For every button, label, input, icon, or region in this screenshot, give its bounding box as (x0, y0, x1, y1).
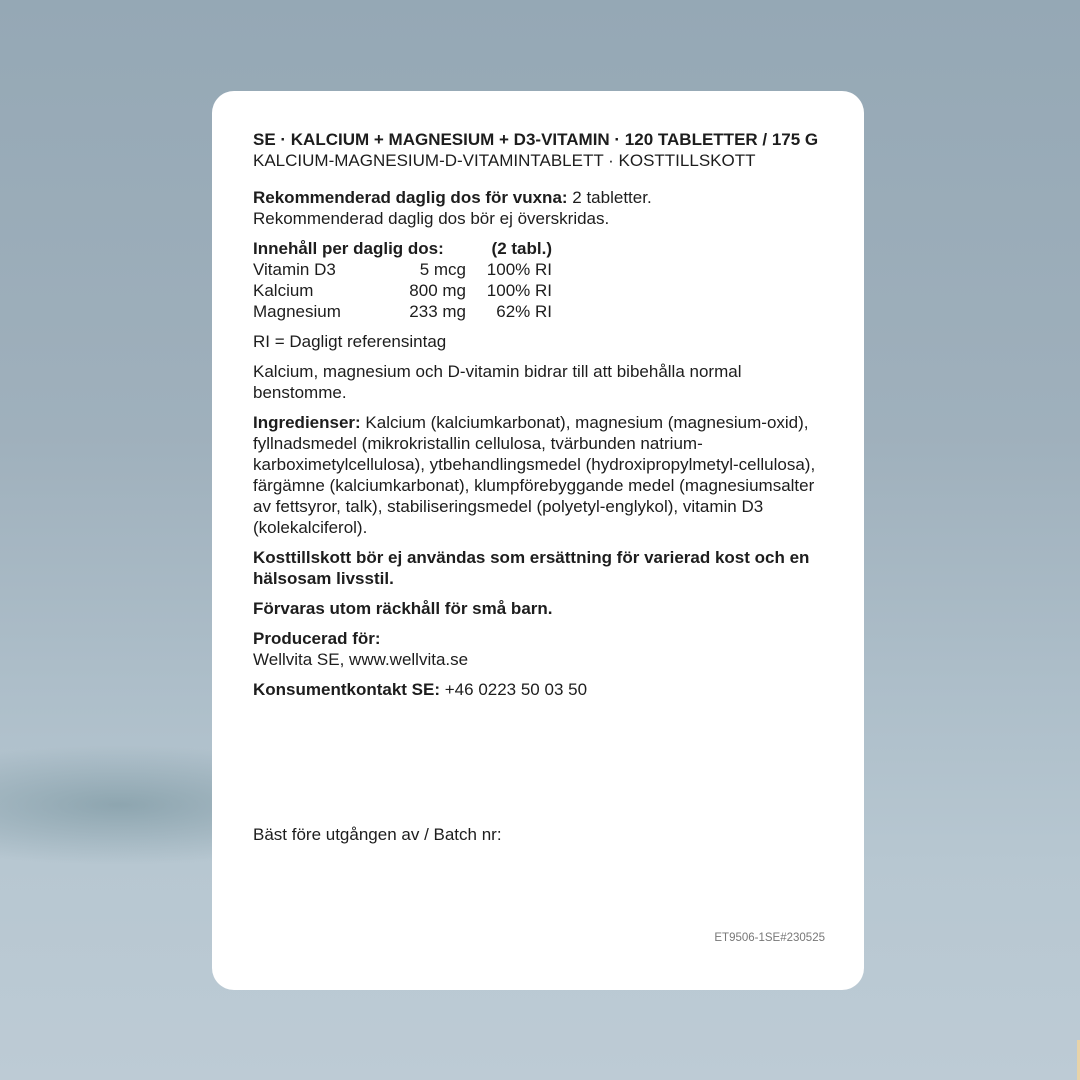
product-subtitle: KALCIUM-MAGNESIUM-D-VITAMINTABLETT · KOS… (253, 150, 824, 171)
best-before-label: Bäst före utgången av / Batch nr: (253, 825, 502, 845)
supplement-warning: Kosttillskott bör ej användas som ersätt… (253, 547, 824, 589)
nutrient-amount: 233 mg (391, 301, 466, 322)
table-row: Kalcium 800 mg 100% RI (253, 280, 552, 301)
health-claim: Kalcium, magnesium och D-vitamin bidrar … (253, 361, 824, 403)
storage-warning: Förvaras utom räckhåll för små barn. (253, 598, 824, 619)
nutrient-amount: 5 mcg (391, 259, 466, 280)
table-row: Magnesium 233 mg 62% RI (253, 301, 552, 322)
batch-code: ET9506-1SE#230525 (714, 932, 825, 944)
product-title: SE · KALCIUM + MAGNESIUM + D3-VITAMIN · … (253, 129, 824, 150)
nutrition-header: Innehåll per daglig dos: (2 tabl.) (253, 238, 552, 259)
nutrient-name: Magnesium (253, 301, 391, 322)
producer-section: Producerad för: Wellvita SE, www.wellvit… (253, 628, 824, 670)
contact-line: Konsumentkontakt SE: +46 0223 50 03 50 (253, 679, 824, 700)
table-row: Vitamin D3 5 mcg 100% RI (253, 259, 552, 280)
nutrient-amount: 800 mg (391, 280, 466, 301)
nutrient-ri: 62% RI (466, 301, 552, 322)
nutrient-ri: 100% RI (466, 259, 552, 280)
nutrition-table: Innehåll per daglig dos: (2 tabl.) Vitam… (253, 238, 552, 322)
ingredients-label: Ingredienser: (253, 413, 361, 432)
nutrition-header-amount: (2 tabl.) (466, 238, 552, 259)
dosage-label: Rekommenderad daglig dos för vuxna: (253, 188, 568, 207)
producer-label: Producerad för: (253, 629, 381, 648)
ri-note: RI = Dagligt referensintag (253, 331, 824, 352)
ingredients: Ingredienser: Kalcium (kalciumkarbonat),… (253, 412, 824, 538)
dosage-value: 2 tabletter. (568, 188, 652, 207)
contact-label: Konsumentkontakt SE: (253, 680, 440, 699)
nutrient-name: Vitamin D3 (253, 259, 391, 280)
nutrition-header-label: Innehåll per daglig dos: (253, 238, 466, 259)
nutrient-name: Kalcium (253, 280, 391, 301)
contact-phone: +46 0223 50 03 50 (440, 680, 587, 699)
nutrient-ri: 100% RI (466, 280, 552, 301)
product-label-card: SE · KALCIUM + MAGNESIUM + D3-VITAMIN · … (212, 91, 864, 990)
dosage-section: Rekommenderad daglig dos för vuxna: 2 ta… (253, 187, 824, 229)
dosage-warning: Rekommenderad daglig dos bör ej överskri… (253, 208, 824, 229)
producer-value: Wellvita SE, www.wellvita.se (253, 649, 824, 670)
